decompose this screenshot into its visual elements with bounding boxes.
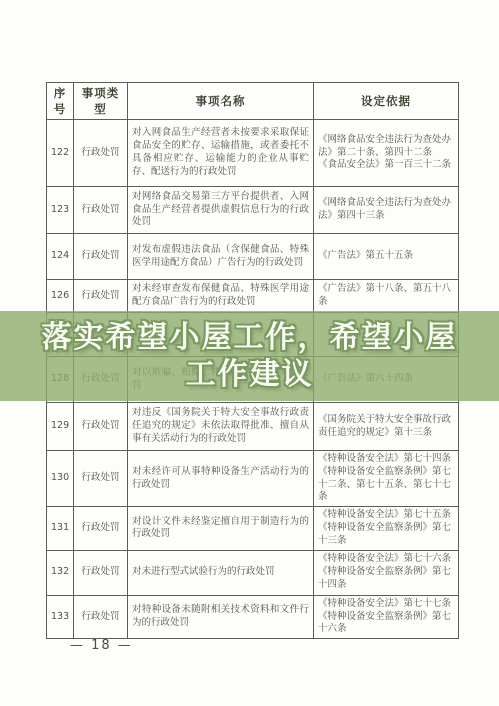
cell-item-type: 行政处罚 (74, 187, 128, 234)
cell-item-name: 对特种设备未随附相关技术资料和文件行为的行政处罚 (128, 595, 314, 638)
cell-setting-basis: 《广告法》第五十五条 (314, 234, 459, 280)
cell-item-name: 对违反《国务院关于特大安全事故行政责任追究的规定》未依法取得批准、擅自从事有关活… (128, 403, 314, 451)
caption-line-2: 工作建议 (186, 356, 314, 394)
cell-item-type: 行政处罚 (74, 451, 128, 507)
cell-item-name: 对未经审查发布保健食品、特殊医学用途配方食品广告行为的行政处罚 (128, 280, 314, 313)
cell-setting-basis: 《广告法》第十八条、第五十八条 (314, 280, 459, 313)
page-number: — 18 — (70, 638, 133, 653)
cell-setting-basis: 《网络食品安全违法行为查处办法》第二十条、第四十二条 《食品安全法》第一百三十二… (314, 120, 459, 187)
cell-item-name: 对未经许可从事特种设备生产活动行为的行政处罚 (128, 451, 314, 507)
table-row: 132 行政处罚 对未进行型式试验行为的行政处罚 《特种设备安全法》第七十六条 … (47, 550, 459, 595)
table-row: 133 行政处罚 对特种设备未随附相关技术资料和文件行为的行政处罚 《特种设备安… (47, 595, 459, 638)
cell-serial-number: 130 (47, 451, 74, 507)
cell-item-name: 对设计文件未经鉴定擅自用于制造行为的行政处罚 (128, 507, 314, 550)
table-row: 129 行政处罚 对违反《国务院关于特大安全事故行政责任追究的规定》未依法取得批… (47, 403, 459, 451)
cell-item-type: 行政处罚 (74, 403, 128, 451)
table-row: 124 行政处罚 对发布虚假违法食品（含保健食品、特殊医学用途配方食品）广告行为… (47, 234, 459, 280)
cell-item-type: 行政处罚 (74, 507, 128, 550)
cell-setting-basis: 《网络食品安全违法行为查处办法》第四十三条 (314, 187, 459, 234)
scanned-document-page: { "colors": { "band": "#8CAC69", "captio… (0, 0, 499, 706)
table-row: 123 行政处罚 对网络食品交易第三方平台提供者、入网食品生产经营者提供虚假信息… (47, 187, 459, 234)
cell-item-name: 对网络食品交易第三方平台提供者、入网食品生产经营者提供虚假信息行为的行政处罚 (128, 187, 314, 234)
header-item-type: 事项类型 (74, 83, 128, 120)
cell-setting-basis: 《特种设备安全法》第七十四条 《特种设备安全监察条例》第七十二条、第七十五条、第… (314, 451, 459, 507)
table-row: 131 行政处罚 对设计文件未经鉴定擅自用于制造行为的行政处罚 《特种设备安全法… (47, 507, 459, 550)
cell-serial-number: 132 (47, 550, 74, 595)
cell-item-name: 对未进行型式试验行为的行政处罚 (128, 550, 314, 595)
cell-serial-number: 124 (47, 234, 74, 280)
cell-setting-basis: 《特种设备安全法》第七十五条 《特种设备安全监察条例》第七十三条 (314, 507, 459, 550)
cell-item-name: 对发布虚假违法食品（含保健食品、特殊医学用途配方食品）广告行为的行政处罚 (128, 234, 314, 280)
cell-setting-basis: 《特种设备安全法》第七十七条 《特种设备安全监察条例》第七十六条 (314, 595, 459, 638)
table-row: 130 行政处罚 对未经许可从事特种设备生产活动行为的行政处罚 《特种设备安全法… (47, 451, 459, 507)
cell-serial-number: 122 (47, 120, 74, 187)
cell-serial-number: 133 (47, 595, 74, 638)
cell-serial-number: 131 (47, 507, 74, 550)
header-serial-number: 序号 (47, 83, 74, 120)
caption-line-1: 落实希望小屋工作，希望小屋 (42, 319, 458, 357)
caption-overlay-band: 落实希望小屋工作，希望小屋 工作建议 (0, 311, 499, 401)
cell-item-type: 行政处罚 (74, 120, 128, 187)
cell-serial-number: 126 (47, 280, 74, 313)
header-setting-basis: 设定依据 (314, 83, 459, 120)
table-row: 126 行政处罚 对未经审查发布保健食品、特殊医学用途配方食品广告行为的行政处罚… (47, 280, 459, 313)
table-header-row: 序号 事项类型 事项名称 设定依据 (47, 83, 459, 120)
cell-serial-number: 129 (47, 403, 74, 451)
table-row: 122 行政处罚 对入网食品生产经营者未按要求采取保证食品安全的贮存、运输措施，… (47, 120, 459, 187)
cell-item-type: 行政处罚 (74, 550, 128, 595)
header-item-name: 事项名称 (128, 83, 314, 120)
cell-item-type: 行政处罚 (74, 280, 128, 313)
cell-item-type: 行政处罚 (74, 595, 128, 638)
cell-setting-basis: 《特种设备安全法》第七十六条 《特种设备安全监察条例》第七十四条 (314, 550, 459, 595)
cell-item-name: 对入网食品生产经营者未按要求采取保证食品安全的贮存、运输措施，或者委托不具备相应… (128, 120, 314, 187)
cell-serial-number: 123 (47, 187, 74, 234)
cell-setting-basis: 《国务院关于特大安全事故行政责任追究的规定》第十三条 (314, 403, 459, 451)
cell-item-type: 行政处罚 (74, 234, 128, 280)
